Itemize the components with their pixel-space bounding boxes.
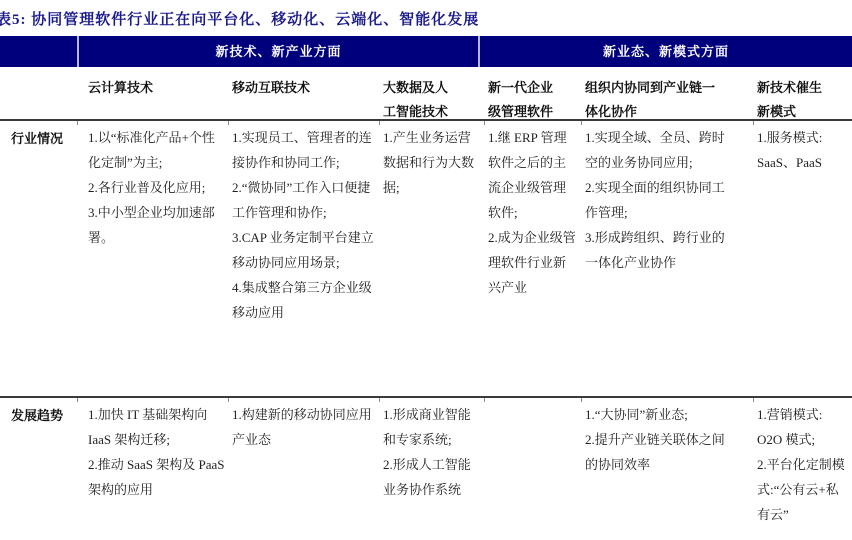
column-header-industry-chain-collab: 组织内协同到产业链一 体化协作	[585, 76, 735, 124]
column-header-mobile-internet: 移动互联技术	[232, 76, 374, 100]
cell-industry-new-model: 1.服务模式: SaaS、PaaS	[757, 125, 849, 175]
table-group-header-band: 新技术、新产业方面 新业态、新模式方面	[0, 36, 852, 67]
column-boundary-tick	[581, 121, 582, 125]
column-boundary-tick	[379, 121, 380, 125]
cell-trend-mobile: 1.构建新的移动协同应用产业态	[232, 402, 374, 452]
group-separator-line	[478, 36, 480, 67]
column-boundary-tick	[484, 121, 485, 125]
header-divider-line	[0, 119, 852, 121]
row-label-industry-status: 行业情况	[11, 128, 79, 147]
group-header-new-model: 新业态、新模式方面	[480, 36, 852, 67]
row-label-development-trend: 发展趋势	[11, 405, 79, 424]
column-boundary-tick	[228, 398, 229, 402]
column-header-next-gen-software: 新一代企业 级管理软件	[488, 76, 578, 124]
cell-industry-cloud: 1.以“标准化产品+个性化定制”为主; 2.各行业普及化应用; 3.中小型企业均…	[88, 125, 226, 250]
cell-trend-chain-collab: 1.“大协同”新业态; 2.提升产业链关联体之间的协同效率	[585, 402, 735, 477]
column-boundary-tick	[753, 121, 754, 125]
column-boundary-tick	[228, 121, 229, 125]
report-table-page: 表5: 协同管理软件行业正在向平台化、移动化、云端化、智能化发展 新技术、新产业…	[0, 0, 852, 540]
cell-industry-chain-collab: 1.实现全域、全员、跨时空的业务协同应用; 2.实现全面的组织协同工作管理; 3…	[585, 125, 735, 275]
group-separator-line	[77, 36, 79, 67]
column-header-cloud-computing: 云计算技术	[88, 76, 226, 100]
column-boundary-tick	[484, 398, 485, 402]
row-divider-line	[0, 396, 852, 398]
group-header-new-tech: 新技术、新产业方面	[79, 36, 478, 67]
cell-trend-bigdata: 1.形成商业智能和专家系统; 2.形成人工智能业务协作系统	[383, 402, 477, 502]
column-boundary-tick	[581, 398, 582, 402]
cell-industry-nextgen: 1.继 ERP 管理软件之后的主流企业级管理软件; 2.成为企业级管理软件行业新…	[488, 125, 578, 300]
column-boundary-tick	[379, 398, 380, 402]
column-header-bigdata-ai: 大数据及人 工智能技术	[383, 76, 477, 124]
column-boundary-tick	[753, 398, 754, 402]
cell-trend-cloud: 1.加快 IT 基础架构向 IaaS 架构迁移; 2.推动 SaaS 架构及 P…	[88, 402, 226, 502]
cell-industry-mobile: 1.实现员工、管理者的连接协作和协同工作; 2.“微协同”工作入口便捷工作管理和…	[232, 125, 374, 325]
column-header-new-business-model: 新技术催生 新模式	[757, 76, 849, 124]
cell-trend-new-model: 1.营销模式: O2O 模式; 2.平台化定制模式:“公有云+私有云”	[757, 402, 849, 527]
column-boundary-tick	[77, 398, 78, 402]
column-boundary-tick	[77, 121, 78, 125]
cell-industry-bigdata: 1.产生业务运营数据和行为大数据;	[383, 125, 477, 200]
table-title: 表5: 协同管理软件行业正在向平台化、移动化、云端化、智能化发展	[0, 8, 479, 29]
